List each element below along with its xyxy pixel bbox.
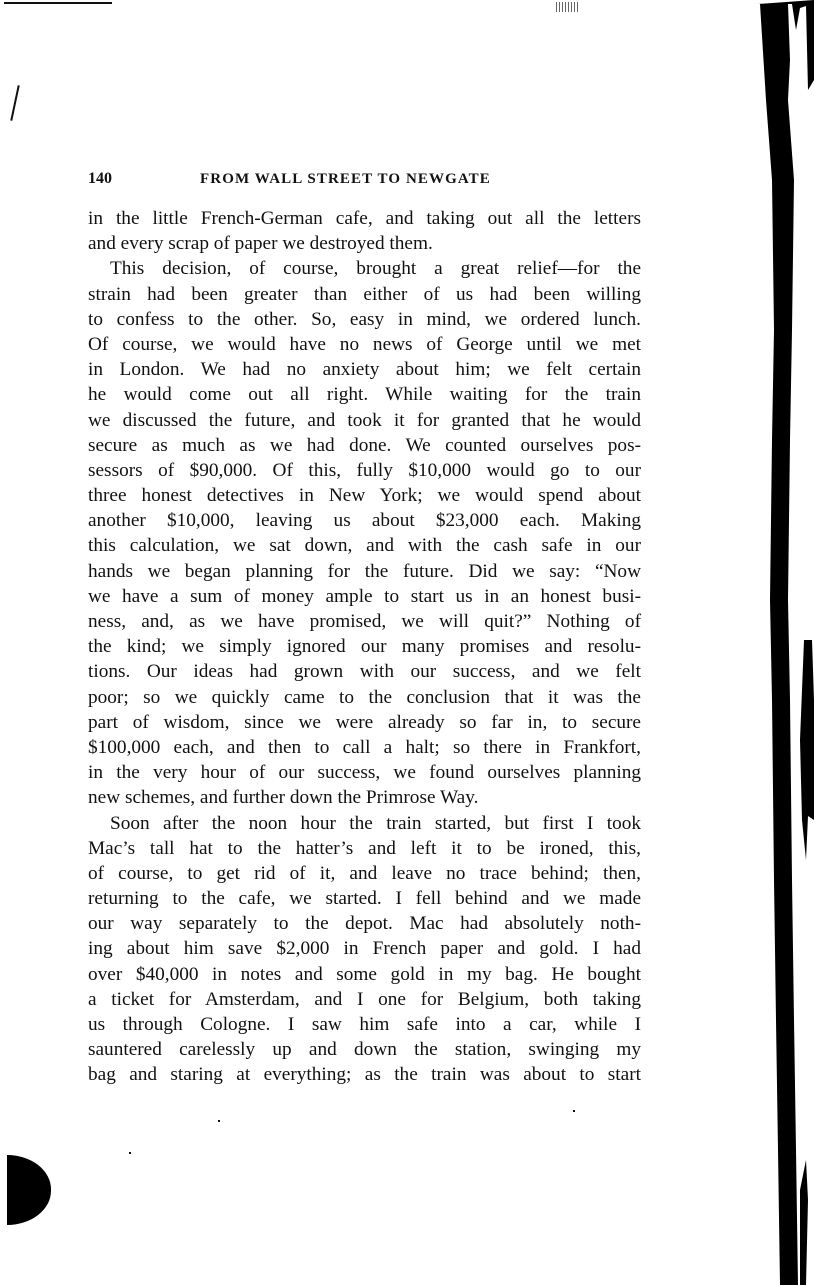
text-line: he would come out all right. While waiti… <box>88 382 641 407</box>
text-line: $100,000 each, and then to call a halt; … <box>88 735 641 760</box>
text-line: Of course, we would have no news of Geor… <box>88 332 641 357</box>
text-line: secure as much as we had done. We counte… <box>88 433 641 458</box>
scan-speck <box>573 1110 575 1112</box>
text-line: sessors of $90,000. Of this, fully $10,0… <box>88 458 641 483</box>
scan-artifact-top-rule <box>4 2 112 4</box>
text-line: and every scrap of paper we destroyed th… <box>88 231 641 256</box>
text-line: tions. Our ideas had grown with our succ… <box>88 659 641 684</box>
scan-artifact-left-blob <box>7 1155 51 1225</box>
scanned-book-page: 140 FROM WALL STREET TO NEWGATE in the l… <box>0 0 814 1285</box>
text-line: returning to the cafe, we started. I fel… <box>88 886 641 911</box>
text-line: to confess to the other. So, easy in min… <box>88 307 641 332</box>
text-line: us through Cologne. I saw him safe into … <box>88 1012 641 1037</box>
text-line: over $40,000 in notes and some gold in m… <box>88 962 641 987</box>
text-line: ness, and, as we have promised, we will … <box>88 609 641 634</box>
text-line: hands we began planning for the future. … <box>88 559 641 584</box>
text-line: strain had been greater than either of u… <box>88 282 641 307</box>
text-line: sauntered carelessly up and down the sta… <box>88 1037 641 1062</box>
text-line: a ticket for Amsterdam, and I one for Be… <box>88 987 641 1012</box>
text-line: three honest detectives in New York; we … <box>88 483 641 508</box>
page-number: 140 <box>88 170 112 188</box>
body-text: in the little French-German cafe, and ta… <box>88 206 641 1088</box>
text-line: ing about him save $2,000 in French pape… <box>88 936 641 961</box>
text-line: Mac’s tall hat to the hatter’s and left … <box>88 836 641 861</box>
running-title: FROM WALL STREET TO NEWGATE <box>200 171 491 188</box>
text-line: poor; so we quickly came to the conclusi… <box>88 685 641 710</box>
scan-speck <box>218 1120 220 1122</box>
text-line: part of wisdom, since we were already so… <box>88 710 641 735</box>
text-line: in London. We had no anxiety about him; … <box>88 357 641 382</box>
scan-artifact-top-speck <box>556 2 580 12</box>
text-line: This decision, of course, brought a grea… <box>88 256 641 281</box>
text-line: our way separately to the depot. Mac had… <box>88 911 641 936</box>
text-line: another $10,000, leaving us about $23,00… <box>88 508 641 533</box>
running-header: 140 FROM WALL STREET TO NEWGATE <box>88 168 641 192</box>
text-line: Soon after the noon hour the train start… <box>88 811 641 836</box>
text-line: this calculation, we sat down, and with … <box>88 533 641 558</box>
text-line: bag and staring at everything; as the tr… <box>88 1062 641 1087</box>
text-line: new schemes, and further down the Primro… <box>88 785 641 810</box>
text-line: of course, to get rid of it, and leave n… <box>88 861 641 886</box>
scan-speck <box>129 1152 131 1154</box>
scan-artifact-left-mark <box>10 85 19 121</box>
text-line: in the very hour of our success, we foun… <box>88 760 641 785</box>
scan-artifact-binding-edge <box>744 0 814 1285</box>
text-line: we have a sum of money ample to start us… <box>88 584 641 609</box>
text-line: the kind; we simply ignored our many pro… <box>88 634 641 659</box>
text-line: we discussed the future, and took it for… <box>88 408 641 433</box>
text-line: in the little French-German cafe, and ta… <box>88 206 641 231</box>
